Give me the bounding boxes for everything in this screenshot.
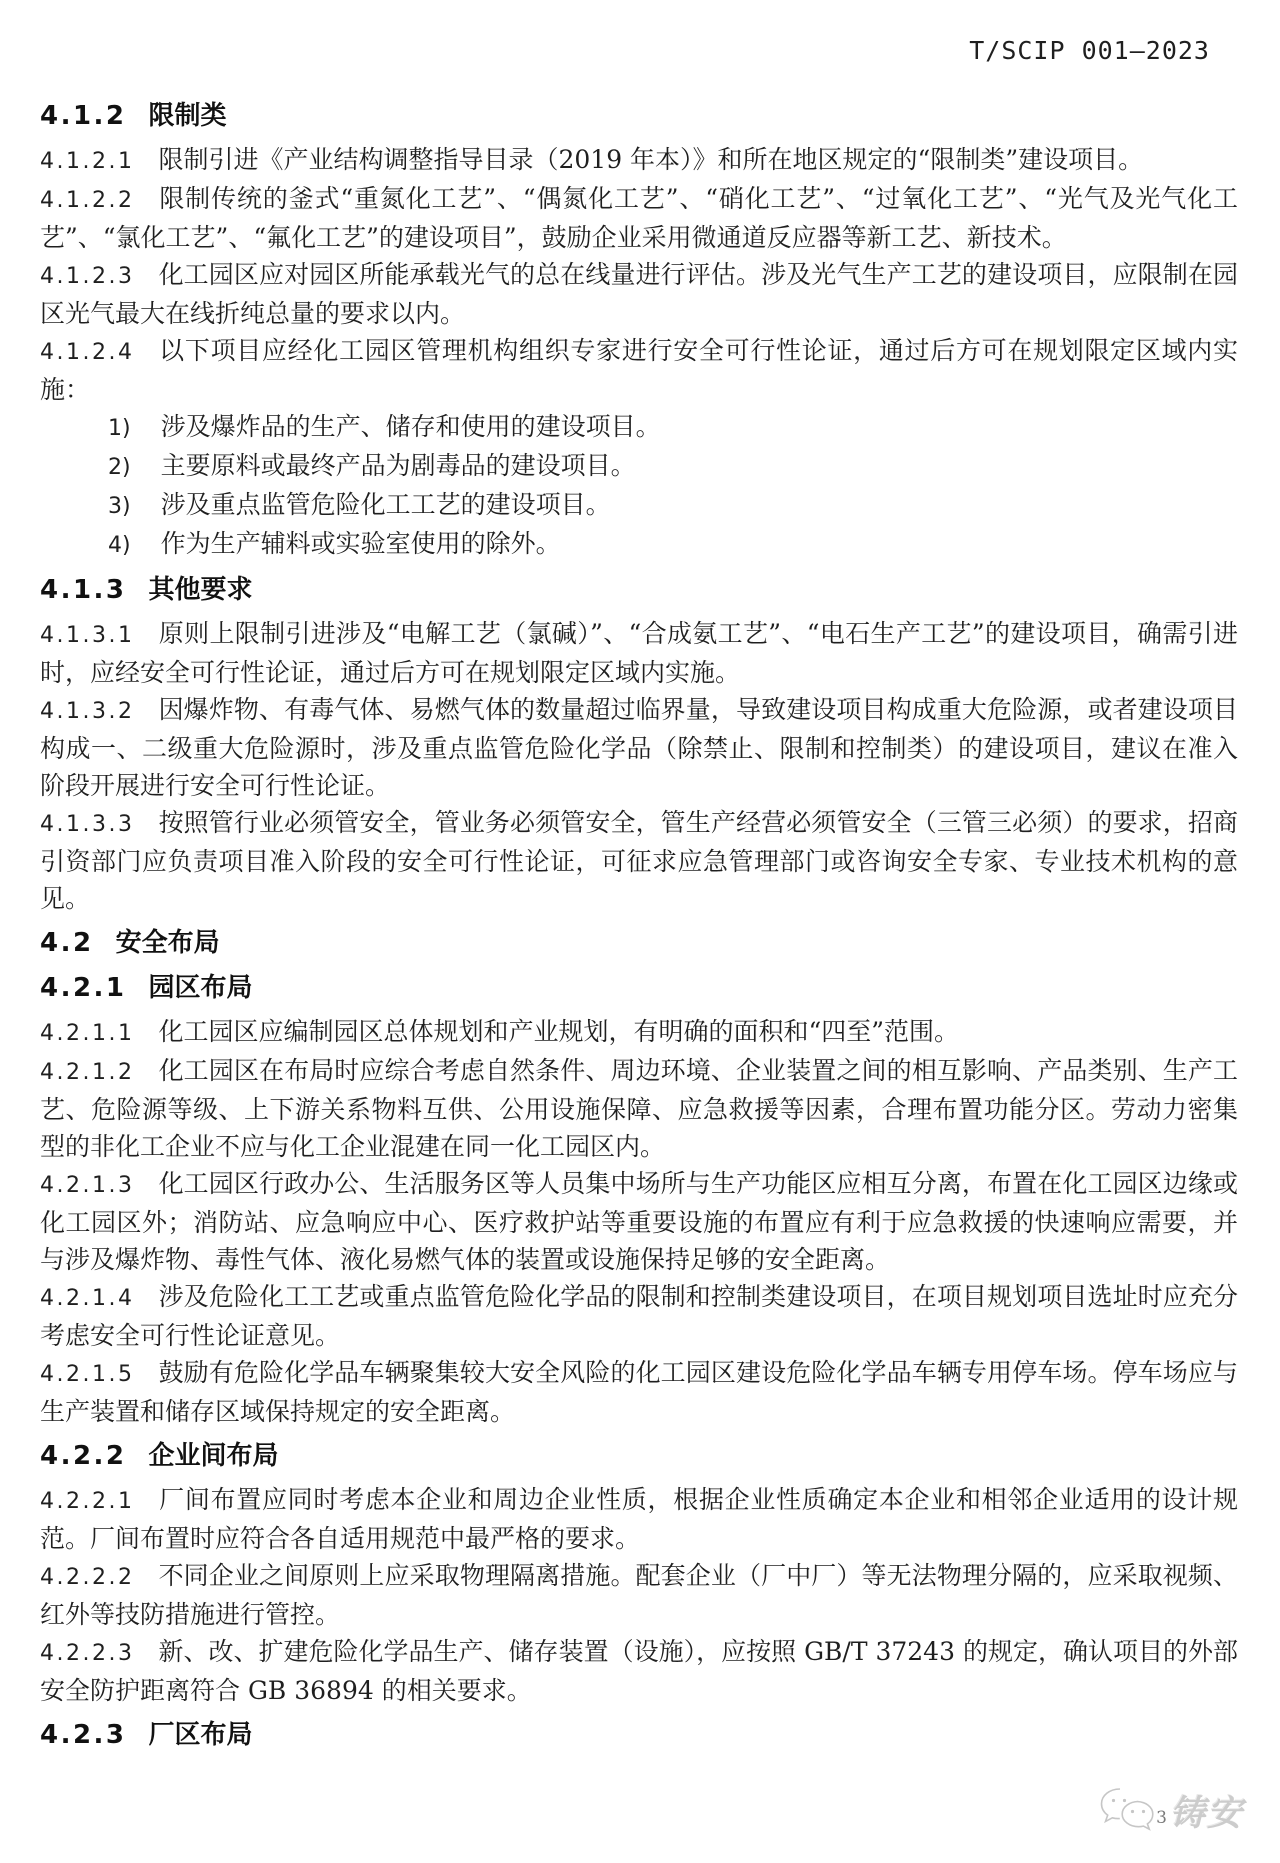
clause-paragraph: 4.2.2.3新、改、扩建危险化学品生产、储存装置（设施），应按照 GB/T 3…	[40, 1633, 1238, 1709]
clause-text: 因爆炸物、有毒气体、易燃气体的数量超过临界量，导致建设项目构成重大危险源，或者建…	[40, 695, 1238, 800]
list-item: 1)涉及爆炸品的生产、储存和使用的建设项目。	[40, 408, 1238, 447]
clause-number: 4.2.1.2	[40, 1060, 134, 1085]
section-number: 4.2.3	[40, 1720, 127, 1750]
clause-number: 4.1.3.1	[40, 623, 134, 648]
section-title: 限制类	[149, 101, 227, 131]
clause-text: 厂间布置应同时考虑本企业和周边企业性质，根据企业性质确定本企业和相邻企业适用的设…	[40, 1485, 1238, 1553]
clause-number: 4.2.1.3	[40, 1173, 134, 1198]
clause-number: 4.2.1.5	[40, 1362, 134, 1387]
clause-text: 化工园区行政办公、生活服务区等人员集中场所与生产功能区应相互分离，布置在化工园区…	[40, 1169, 1238, 1274]
clause-number: 4.1.2.4	[40, 340, 134, 365]
clause-text: 原则上限制引进涉及“电解工艺（氯碱）”、“合成氨工艺”、“电石生产工艺”的建设项…	[40, 619, 1238, 687]
clause-number: 4.2.2.2	[40, 1565, 134, 1590]
clause-number: 4.2.1.1	[40, 1021, 134, 1046]
watermark-brand-text: 铸安	[1170, 1786, 1244, 1836]
clause-text: 限制传统的釜式“重氮化工艺”、“偶氮化工艺”、“硝化工艺”、“过氧化工艺”、“光…	[40, 184, 1238, 252]
clause-number: 4.2.2.3	[40, 1641, 134, 1666]
clause-text: 化工园区应编制园区总体规划和产业规划，有明确的面积和“四至”范围。	[158, 1017, 959, 1046]
section-number: 4.2.1	[40, 973, 127, 1003]
section-title: 厂区布局	[149, 1720, 253, 1750]
list-item-number: 2)	[108, 455, 131, 480]
section-heading: 4.2安全布局	[40, 925, 1238, 962]
section-number: 4.1.2	[40, 101, 127, 131]
clause-text: 涉及危险化工工艺或重点监管危险化学品的限制和控制类建设项目，在项目规划项目选址时…	[40, 1282, 1238, 1350]
list-item-number: 1)	[108, 416, 131, 441]
clause-paragraph: 4.1.2.3化工园区应对园区所能承载光气的总在线量进行评估。涉及光气生产工艺的…	[40, 256, 1238, 332]
clause-number: 4.2.1.4	[40, 1286, 134, 1311]
clause-number: 4.1.2.3	[40, 264, 134, 289]
clause-number: 4.1.3.2	[40, 699, 134, 724]
clause-paragraph: 4.2.2.2不同企业之间原则上应采取物理隔离措施。配套企业（厂中厂）等无法物理…	[40, 1557, 1238, 1633]
section-heading: 4.2.3厂区布局	[40, 1717, 1238, 1754]
list-item-text: 作为生产辅料或实验室使用的除外。	[161, 529, 561, 558]
list-item: 4)作为生产辅料或实验室使用的除外。	[40, 525, 1238, 564]
section-heading: 4.1.3其他要求	[40, 572, 1238, 609]
page-number: 3	[1156, 1808, 1167, 1828]
list-item-text: 涉及重点监管危险化工工艺的建设项目。	[161, 490, 611, 519]
section-title: 安全布局	[116, 928, 220, 958]
section-title: 园区布局	[149, 973, 253, 1003]
clause-text: 限制引进《产业结构调整指导目录（2019 年本）》和所在地区规定的“限制类”建设…	[158, 145, 1143, 174]
section-title: 其他要求	[149, 575, 253, 605]
clause-text: 以下项目应经化工园区管理机构组织专家进行安全可行性论证，通过后方可在规划限定区域…	[40, 336, 1238, 404]
section-heading: 4.2.2企业间布局	[40, 1438, 1238, 1475]
list-item-number: 4)	[108, 533, 131, 558]
list-item-text: 主要原料或最终产品为剧毒品的建设项目。	[161, 451, 636, 480]
clause-paragraph: 4.2.1.2化工园区在布局时应综合考虑自然条件、周边环境、企业装置之间的相互影…	[40, 1052, 1238, 1165]
clause-paragraph: 4.2.1.1化工园区应编制园区总体规划和产业规划，有明确的面积和“四至”范围。	[40, 1013, 1238, 1052]
section-number: 4.2	[40, 928, 94, 958]
clause-text: 鼓励有危险化学品车辆聚集较大安全风险的化工园区建设危险化学品车辆专用停车场。停车…	[40, 1358, 1238, 1426]
section-number: 4.2.2	[40, 1441, 127, 1471]
document-content: 4.1.2限制类4.1.2.1限制引进《产业结构调整指导目录（2019 年本）》…	[40, 90, 1238, 1760]
clause-text: 化工园区应对园区所能承载光气的总在线量进行评估。涉及光气生产工艺的建设项目，应限…	[40, 260, 1238, 328]
clause-text: 新、改、扩建危险化学品生产、储存装置（设施），应按照 GB/T 37243 的规…	[40, 1637, 1238, 1705]
document-code-header: T/SCIP 001—2023	[969, 36, 1210, 65]
clause-number: 4.1.2.1	[40, 149, 134, 174]
document-page: T/SCIP 001—2023 4.1.2限制类4.1.2.1限制引进《产业结构…	[0, 0, 1280, 1863]
list-item: 2)主要原料或最终产品为剧毒品的建设项目。	[40, 447, 1238, 486]
clause-paragraph: 4.1.3.2因爆炸物、有毒气体、易燃气体的数量超过临界量，导致建设项目构成重大…	[40, 691, 1238, 804]
clause-paragraph: 4.1.3.1原则上限制引进涉及“电解工艺（氯碱）”、“合成氨工艺”、“电石生产…	[40, 615, 1238, 691]
clause-text: 化工园区在布局时应综合考虑自然条件、周边环境、企业装置之间的相互影响、产品类别、…	[40, 1056, 1238, 1161]
clause-paragraph: 4.1.2.2限制传统的釜式“重氮化工艺”、“偶氮化工艺”、“硝化工艺”、“过氧…	[40, 180, 1238, 256]
clause-paragraph: 4.2.1.3化工园区行政办公、生活服务区等人员集中场所与生产功能区应相互分离，…	[40, 1165, 1238, 1278]
clause-text: 按照管行业必须管安全，管业务必须管安全，管生产经营必须管安全（三管三必须）的要求…	[40, 808, 1238, 913]
section-number: 4.1.3	[40, 575, 127, 605]
footer-watermark: 3 铸安	[1098, 1785, 1244, 1837]
clause-paragraph: 4.1.2.1限制引进《产业结构调整指导目录（2019 年本）》和所在地区规定的…	[40, 141, 1238, 180]
clause-paragraph: 4.1.2.4以下项目应经化工园区管理机构组织专家进行安全可行性论证，通过后方可…	[40, 332, 1238, 408]
list-item: 3)涉及重点监管危险化工工艺的建设项目。	[40, 486, 1238, 525]
clause-paragraph: 4.2.1.5鼓励有危险化学品车辆聚集较大安全风险的化工园区建设危险化学品车辆专…	[40, 1354, 1238, 1430]
clause-paragraph: 4.2.1.4涉及危险化工工艺或重点监管危险化学品的限制和控制类建设项目，在项目…	[40, 1278, 1238, 1354]
section-heading: 4.1.2限制类	[40, 98, 1238, 135]
list-item-number: 3)	[108, 494, 131, 519]
list-item-text: 涉及爆炸品的生产、储存和使用的建设项目。	[161, 412, 661, 441]
clause-paragraph: 4.2.2.1厂间布置应同时考虑本企业和周边企业性质，根据企业性质确定本企业和相…	[40, 1481, 1238, 1557]
section-heading: 4.2.1园区布局	[40, 970, 1238, 1007]
wechat-chat-bubbles-icon	[1098, 1785, 1160, 1837]
section-title: 企业间布局	[149, 1441, 279, 1471]
clause-number: 4.1.2.2	[40, 188, 134, 213]
clause-text: 不同企业之间原则上应采取物理隔离措施。配套企业（厂中厂）等无法物理分隔的，应采取…	[40, 1561, 1238, 1629]
clause-number: 4.2.2.1	[40, 1489, 134, 1514]
clause-paragraph: 4.1.3.3按照管行业必须管安全，管业务必须管安全，管生产经营必须管安全（三管…	[40, 804, 1238, 917]
clause-number: 4.1.3.3	[40, 812, 134, 837]
